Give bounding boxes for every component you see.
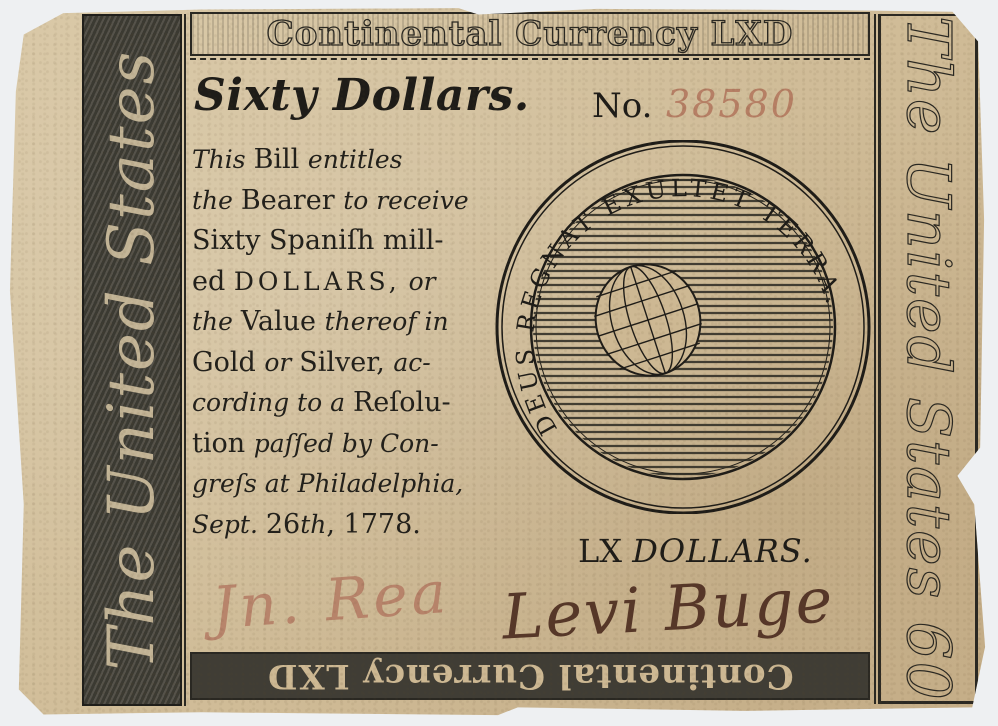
signature-right: Levi Buge: [500, 563, 836, 653]
signature-left: Jn. Rea: [210, 558, 452, 642]
top-banner: Continental Currency LXD: [190, 12, 870, 56]
promise-line: greſs at Philadelphia,: [192, 464, 488, 505]
promise-line: the Value thereof in: [192, 302, 488, 343]
banknote: The United States The United States 60 C…: [4, 6, 992, 718]
serial-label: No.: [592, 86, 652, 126]
bottom-banner-text: Continental Currency LXD: [267, 656, 794, 696]
promise-line: Sept. 26th, 1778.: [192, 505, 488, 546]
serial-number: 38580: [666, 82, 797, 126]
promise-line: Sixty Spaniſh mill-: [192, 221, 488, 262]
seal: DEUS REGNAT EXULTET TERRA.: [488, 140, 878, 514]
promise-text: This Bill entitlesthe Bearer to receiveS…: [192, 140, 488, 545]
promise-line: ed DOLLARS, or: [192, 262, 488, 303]
bottom-banner: Continental Currency LXD: [190, 652, 870, 700]
right-border-text: The United States 60: [893, 16, 963, 702]
left-border-text: The United States: [95, 50, 169, 671]
top-banner-rule: [190, 58, 870, 60]
note-title: Sixty Dollars.: [194, 70, 530, 121]
denomination-word: DOLLARS.: [632, 532, 813, 570]
frame-line-left: [184, 14, 186, 706]
promise-line: the Bearer to receive: [192, 181, 488, 222]
left-border-panel: The United States: [82, 14, 182, 706]
denomination: LX DOLLARS.: [578, 532, 813, 570]
promise-line: This Bill entitles: [192, 140, 488, 181]
denomination-roman: LX: [578, 532, 622, 570]
promise-line: tion paſſed by Con-: [192, 424, 488, 465]
promise-line: Gold or Silver, ac-: [192, 343, 488, 384]
promise-line: cording to a Reſolu-: [192, 383, 488, 424]
right-border-panel: The United States 60: [878, 14, 978, 704]
